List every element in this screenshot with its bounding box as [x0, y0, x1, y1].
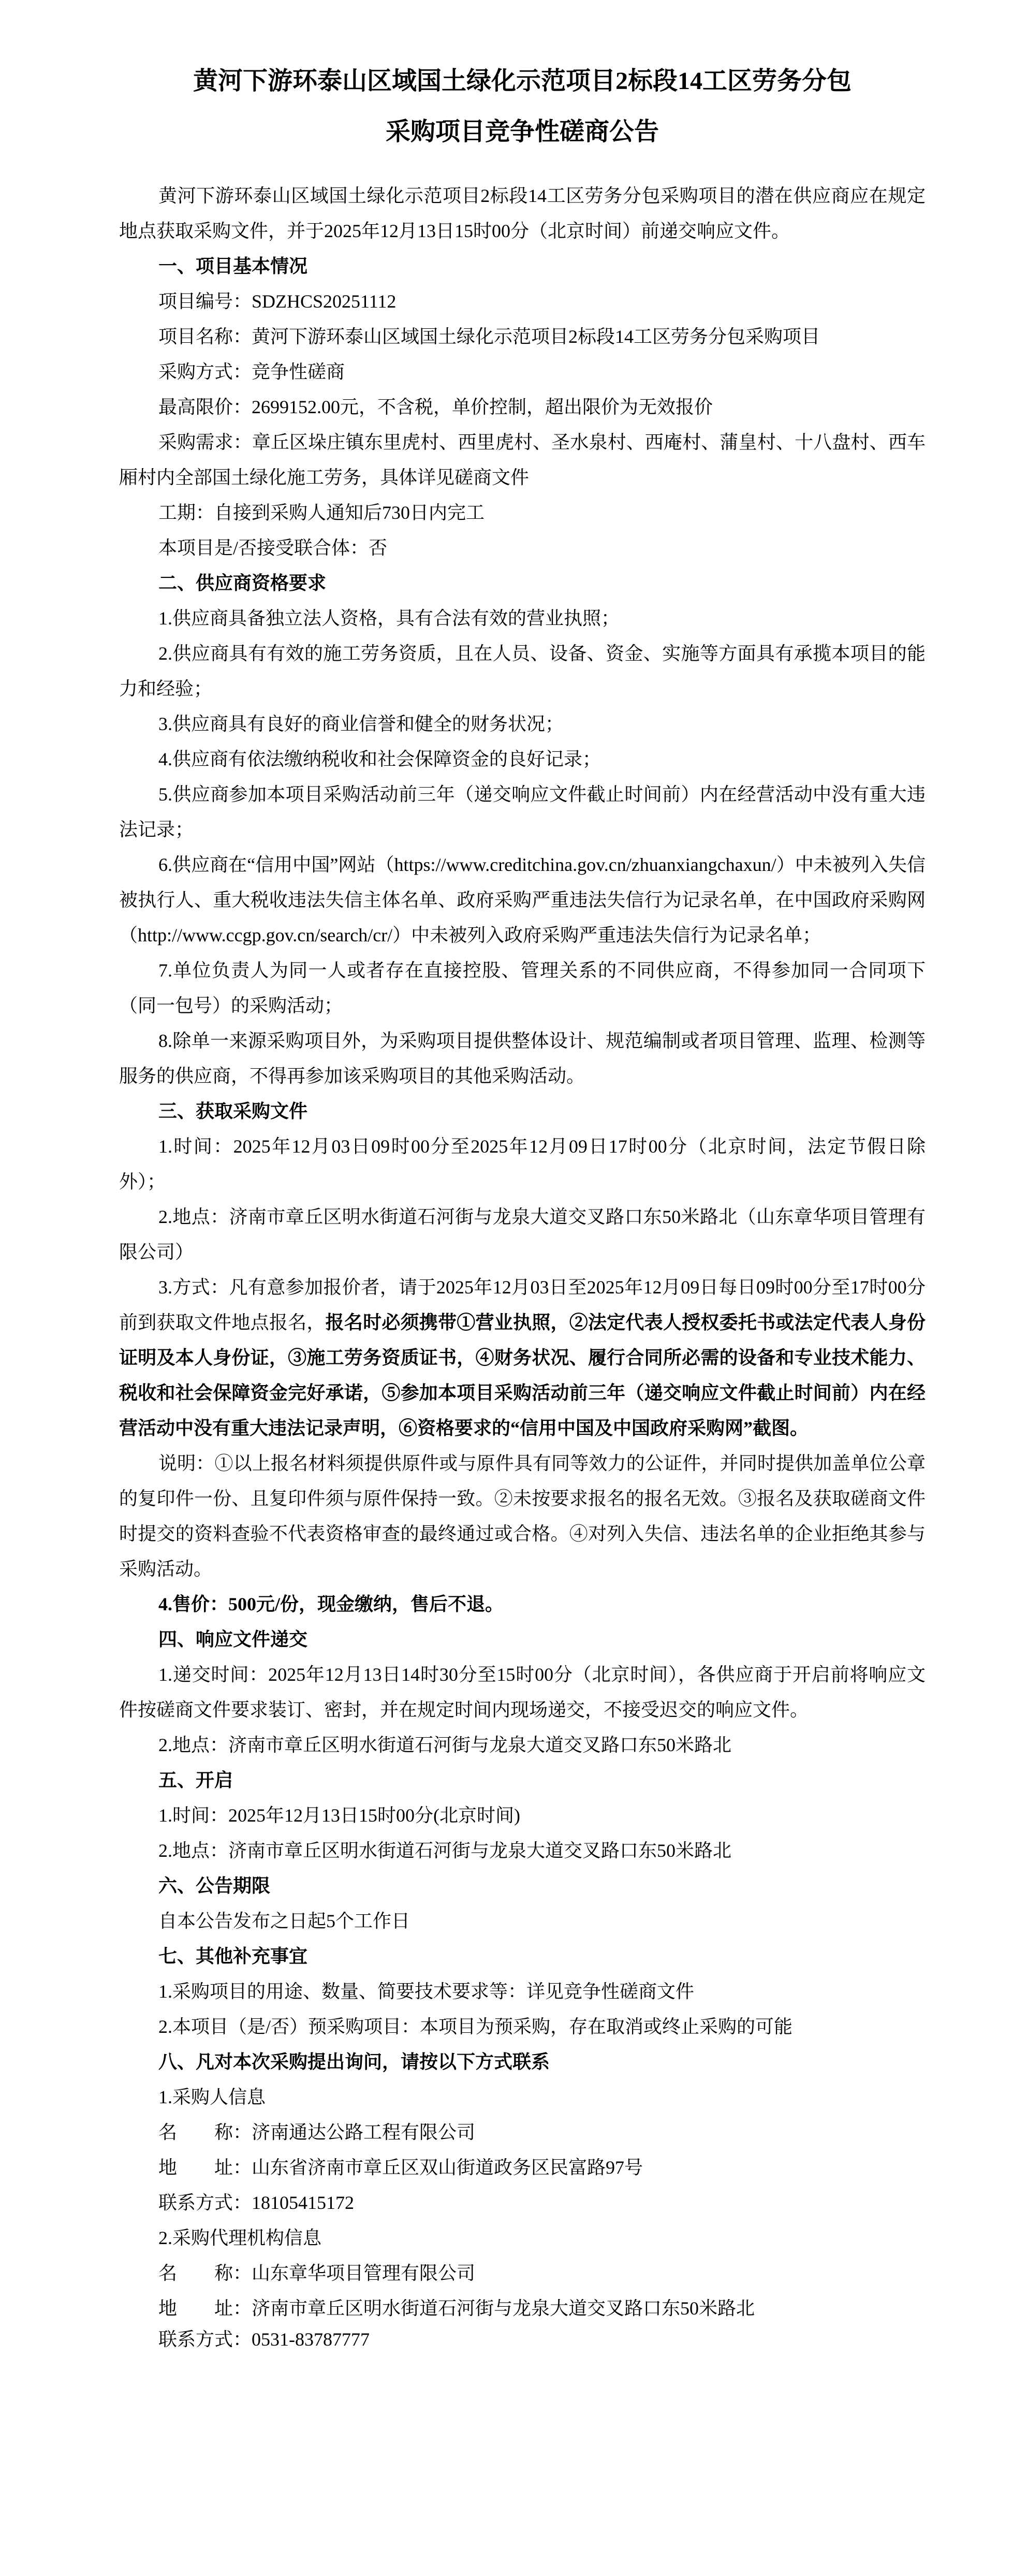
qualification-item-4: 4.供应商有依法缴纳税收和社会保障资金的良好记录； [119, 741, 926, 777]
section-6-heading: 六、公告期限 [119, 1868, 926, 1903]
obtain-note: 说明：①以上报名材料须提供原件或与原件具有同等效力的公证件，并同时提供加盖单位公… [119, 1446, 926, 1587]
obtain-place: 2.地点：济南市章丘区明水街道石河街与龙泉大道交叉路口东50米路北（山东章华项目… [119, 1199, 926, 1270]
qualification-item-6: 6.供应商在“信用中国”网站（https://www.creditchina.g… [119, 847, 926, 953]
agency-contact: 联系方式：0531-83787777 [119, 2326, 926, 2353]
line-project-number: 项目编号：SDZHCS20251112 [119, 284, 926, 319]
line-procurement-requirement: 采购需求：章丘区垛庄镇东里虎村、西里虎村、圣水泉村、西庵村、蒲皇村、十八盘村、西… [119, 425, 926, 495]
submit-place: 2.地点：济南市章丘区明水街道石河街与龙泉大道交叉路口东50米路北 [119, 1727, 926, 1763]
purchaser-name: 名 称：济南通达公路工程有限公司 [119, 2115, 926, 2150]
section-2-heading: 二、供应商资格要求 [119, 565, 926, 601]
announcement-period: 自本公告发布之日起5个工作日 [119, 1903, 926, 1939]
obtain-time: 1.时间：2025年12月03日09时00分至2025年12月09日17时00分… [119, 1129, 926, 1199]
agency-info-label: 2.采购代理机构信息 [119, 2220, 926, 2255]
section-8-heading: 八、凡对本次采购提出询问，请按以下方式联系 [119, 2044, 926, 2079]
purchaser-info-label: 1.采购人信息 [119, 2079, 926, 2115]
agency-address: 地 址：济南市章丘区明水街道石河街与龙泉大道交叉路口东50米路北 [119, 2291, 926, 2326]
purchaser-address: 地 址：山东省济南市章丘区双山街道政务区民富路97号 [119, 2150, 926, 2185]
supplement-item-2: 2.本项目（是/否）预采购项目：本项目为预采购，存在取消或终止采购的可能 [119, 2009, 926, 2044]
line-construction-period: 工期：自接到采购人通知后730日内完工 [119, 495, 926, 530]
qualification-item-8: 8.除单一来源采购项目外，为采购项目提供整体设计、规范编制或者项目管理、监理、检… [119, 1023, 926, 1094]
agency-name: 名 称：山东章华项目管理有限公司 [119, 2255, 926, 2291]
section-5-heading: 五、开启 [119, 1763, 926, 1798]
qualification-item-7: 7.单位负责人为同一人或者存在直接控股、管理关系的不同供应商，不得参加同一合同项… [119, 953, 926, 1023]
purchaser-contact: 联系方式：18105415172 [119, 2185, 926, 2220]
qualification-item-2: 2.供应商具有有效的施工劳务资质，且在人员、设备、资金、实施等方面具有承揽本项目… [119, 636, 926, 706]
line-project-name: 项目名称：黄河下游环泰山区域国土绿化示范项目2标段14工区劳务分包采购项目 [119, 319, 926, 354]
opening-place: 2.地点：济南市章丘区明水街道石河街与龙泉大道交叉路口东50米路北 [119, 1833, 926, 1868]
submit-time: 1.递交时间：2025年12月13日14时30分至15时00分（北京时间），各供… [119, 1657, 926, 1727]
opening-time: 1.时间：2025年12月13日15时00分(北京时间) [119, 1798, 926, 1833]
line-consortium: 本项目是/否接受联合体：否 [119, 530, 926, 565]
obtain-method: 3.方式：凡有意参加报价者，请于2025年12月03日至2025年12月09日每… [119, 1270, 926, 1446]
section-3-heading: 三、获取采购文件 [119, 1094, 926, 1129]
line-procurement-method: 采购方式：竞争性磋商 [119, 354, 926, 389]
section-1-heading: 一、项目基本情况 [119, 249, 926, 284]
line-price-ceiling: 最高限价：2699152.00元，不含税，单价控制，超出限价为无效报价 [119, 389, 926, 425]
section-4-heading: 四、响应文件递交 [119, 1622, 926, 1657]
qualification-item-5: 5.供应商参加本项目采购活动前三年（递交响应文件截止时间前）内在经营活动中没有重… [119, 777, 926, 847]
supplement-item-1: 1.采购项目的用途、数量、简要技术要求等：详见竞争性磋商文件 [119, 1974, 926, 2009]
qualification-item-1: 1.供应商具备独立法人资格，具有合法有效的营业执照； [119, 601, 926, 636]
document-title: 黄河下游环泰山区域国土绿化示范项目2标段14工区劳务分包 采购项目竞争性磋商公告 [119, 56, 926, 157]
section-7-heading: 七、其他补充事宜 [119, 1939, 926, 1974]
document-title-line-1: 黄河下游环泰山区域国土绿化示范项目2标段14工区劳务分包 [119, 56, 926, 107]
intro-paragraph: 黄河下游环泰山区域国土绿化示范项目2标段14工区劳务分包采购项目的潜在供应商应在… [119, 178, 926, 249]
qualification-item-3: 3.供应商具有良好的商业信誉和健全的财务状况； [119, 706, 926, 741]
announcement-document: 黄河下游环泰山区域国土绿化示范项目2标段14工区劳务分包 采购项目竞争性磋商公告… [0, 0, 1027, 2576]
obtain-price: 4.售价：500元/份，现金缴纳，售后不退。 [119, 1587, 926, 1622]
document-title-line-2: 采购项目竞争性磋商公告 [119, 107, 926, 157]
